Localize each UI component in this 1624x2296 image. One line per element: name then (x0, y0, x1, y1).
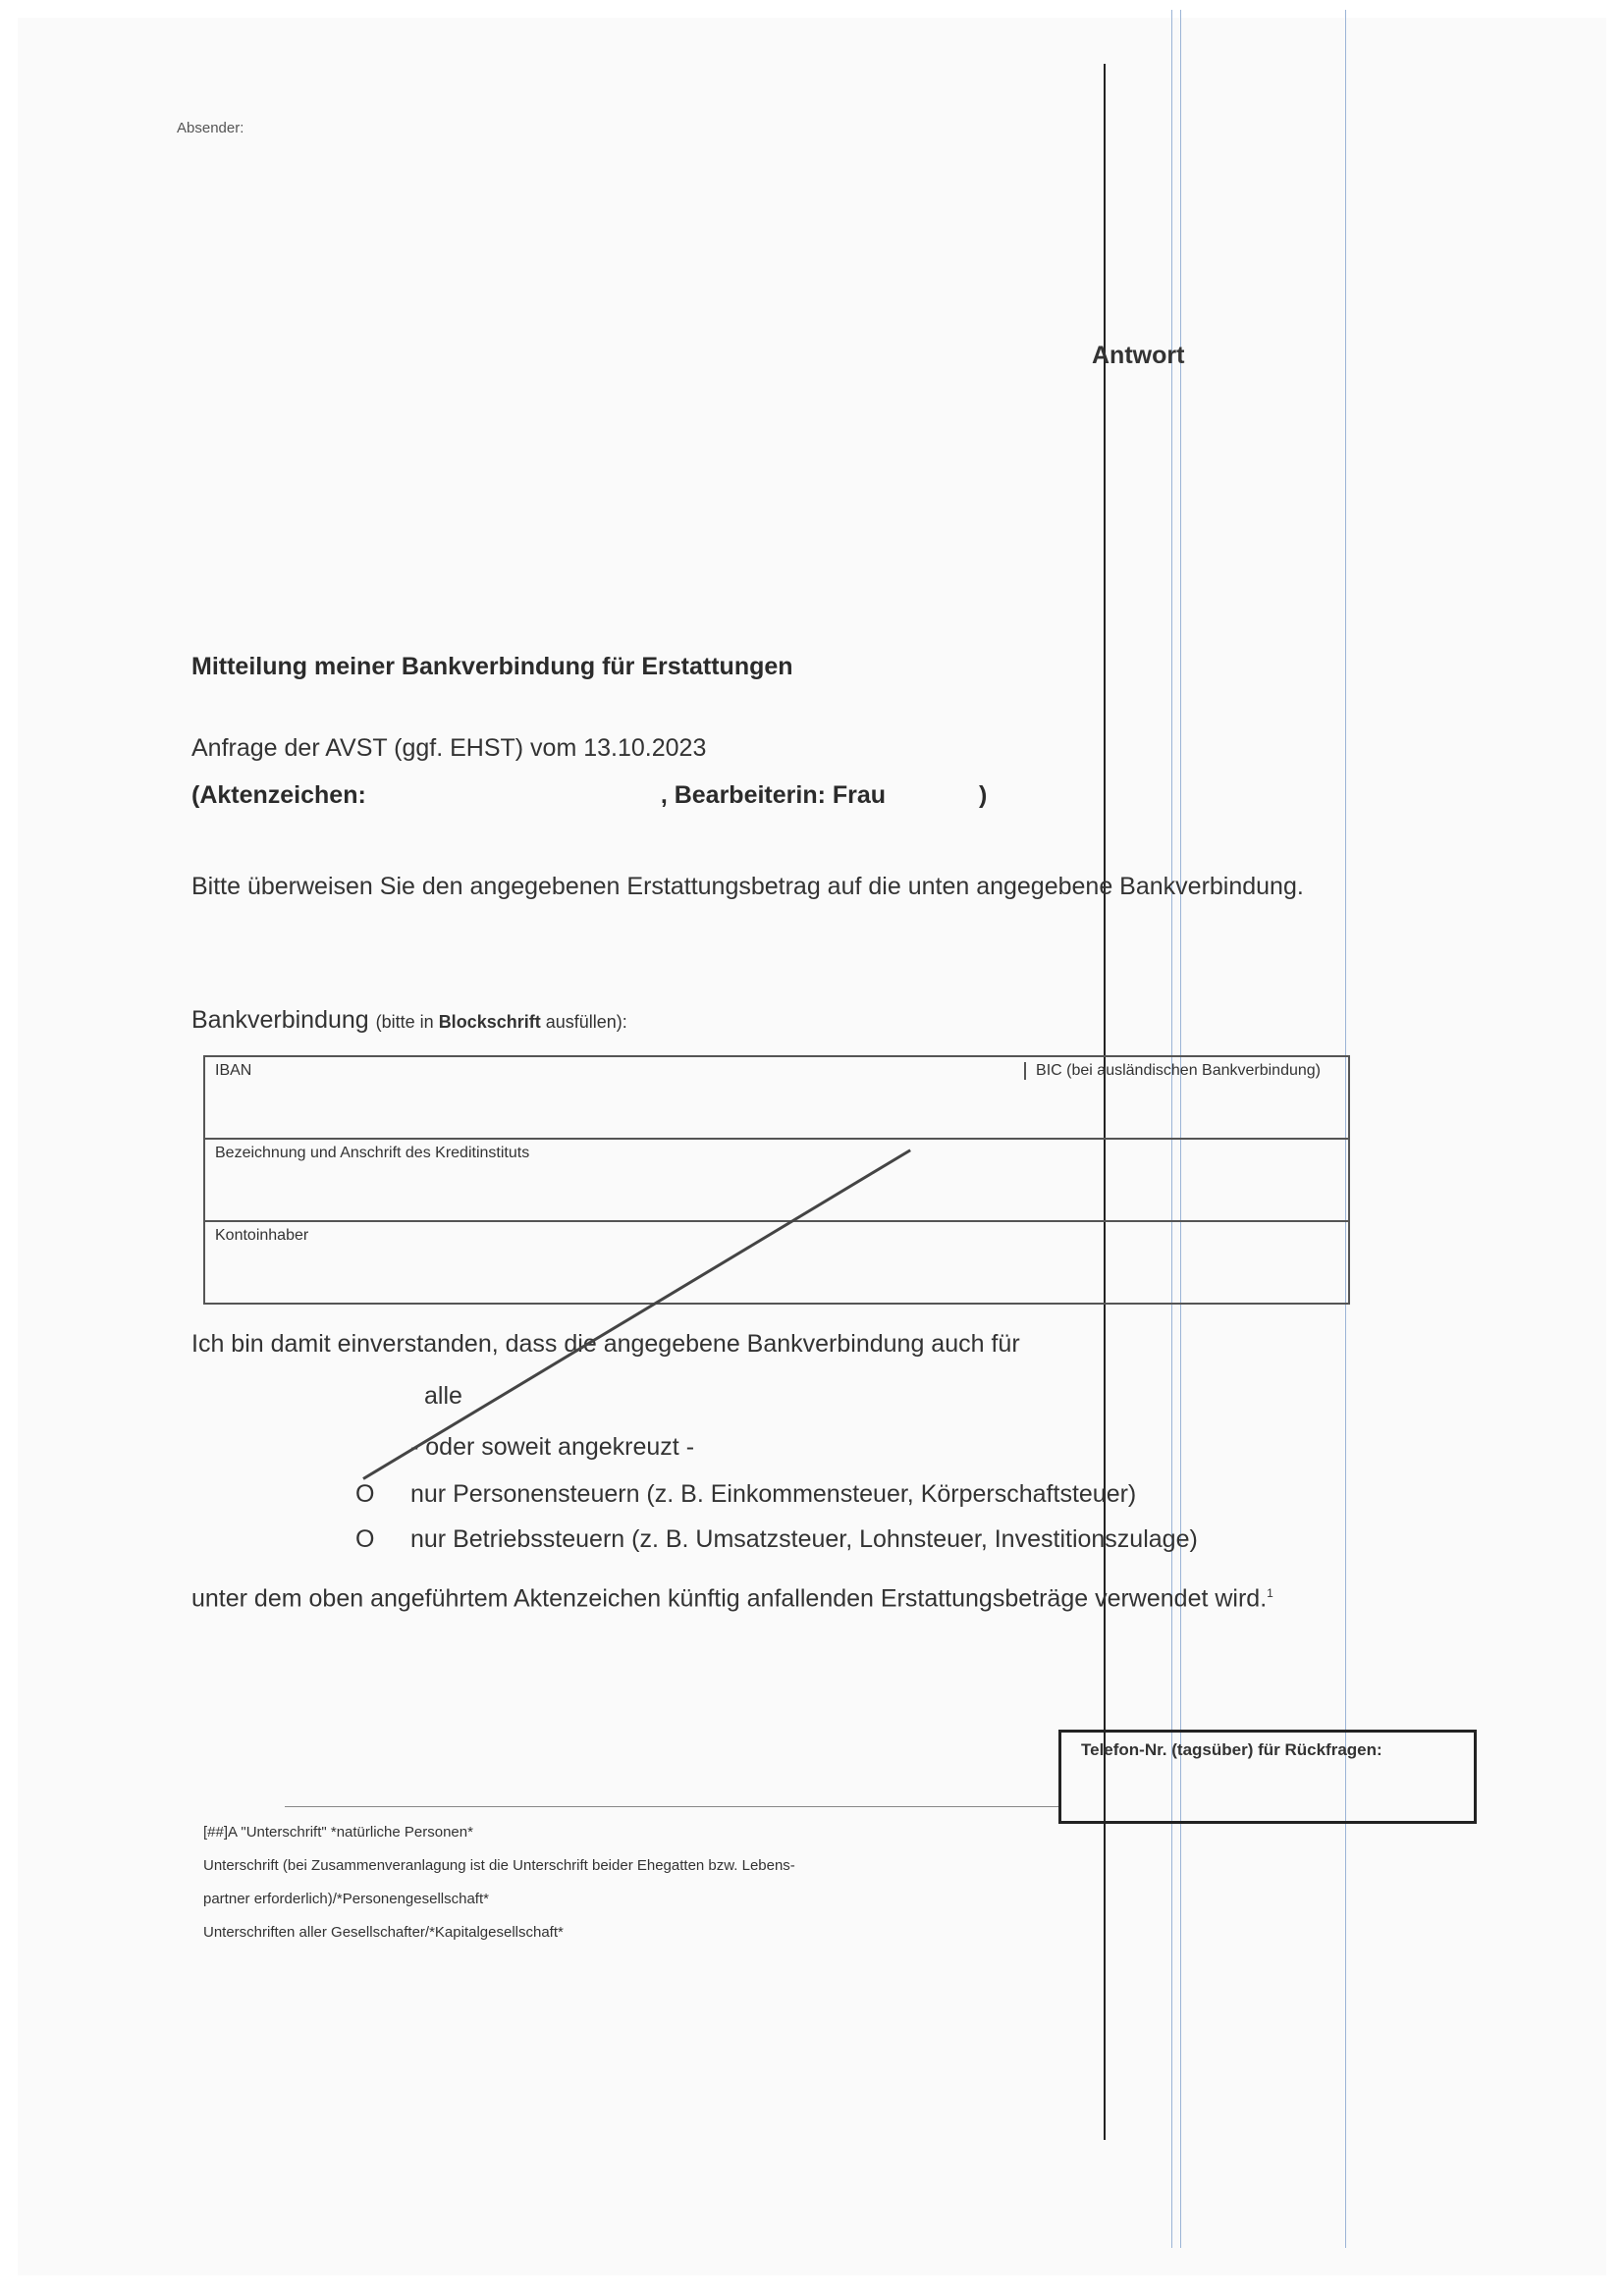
bank-section-label: Bankverbindung (bitte in Blockschrift au… (191, 1006, 627, 1035)
institution-label: Bezeichnung und Anschrift des Kreditinst… (215, 1145, 529, 1161)
business-tax-checkbox[interactable]: O (355, 1525, 374, 1554)
holder-label: Kontoinhaber (215, 1227, 308, 1244)
institution-cell[interactable]: Bezeichnung und Anschrift des Kreditinst… (204, 1139, 1349, 1221)
clerk-label: , Bearbeiterin: Frau (661, 781, 886, 809)
signature-line (285, 1806, 1060, 1807)
personal-tax-option: nur Personensteuern (z. B. Einkommensteu… (410, 1480, 1136, 1509)
holder-cell[interactable]: Kontoinhaber (204, 1221, 1349, 1304)
phone-label: Telefon-Nr. (tagsüber) für Rückfragen: (1081, 1740, 1382, 1760)
sender-label: Absender: (177, 120, 244, 136)
option-or-marked: - oder soweit angekreuzt - (410, 1433, 694, 1462)
personal-tax-checkbox[interactable]: O (355, 1480, 374, 1509)
iban-cell[interactable]: IBANBIC (bei ausländischen Bankverbindun… (204, 1056, 1349, 1139)
iban-label: IBAN (215, 1062, 251, 1080)
request-line: Anfrage der AVST (ggf. EHST) vom 13.10.2… (191, 734, 706, 763)
bic-label: BIC (bei ausländischen Bankverbindung) (1024, 1062, 1321, 1080)
case-number-label: (Aktenzeichen: (191, 781, 366, 809)
option-all: alle (424, 1382, 462, 1411)
consent-closing: unter dem oben angeführtem Aktenzeichen … (191, 1571, 1340, 1621)
phone-field[interactable]: Telefon-Nr. (tagsüber) für Rückfragen: (1058, 1730, 1477, 1824)
signature-footnote: [##]A "Unterschrift" *natürliche Persone… (203, 1816, 1087, 1949)
bank-details-table: IBANBIC (bei ausländischen Bankverbindun… (203, 1055, 1350, 1305)
reference-line: (Aktenzeichen:, Bearbeiterin: Frau) (191, 781, 987, 810)
document-title: Mitteilung meiner Bankverbindung für Ers… (191, 653, 793, 681)
business-tax-option: nur Betriebssteuern (z. B. Umsatzsteuer,… (410, 1525, 1198, 1554)
answer-label: Antwort (1092, 342, 1184, 370)
instruction-text: Bitte überweisen Sie den angegebenen Ers… (191, 864, 1340, 909)
